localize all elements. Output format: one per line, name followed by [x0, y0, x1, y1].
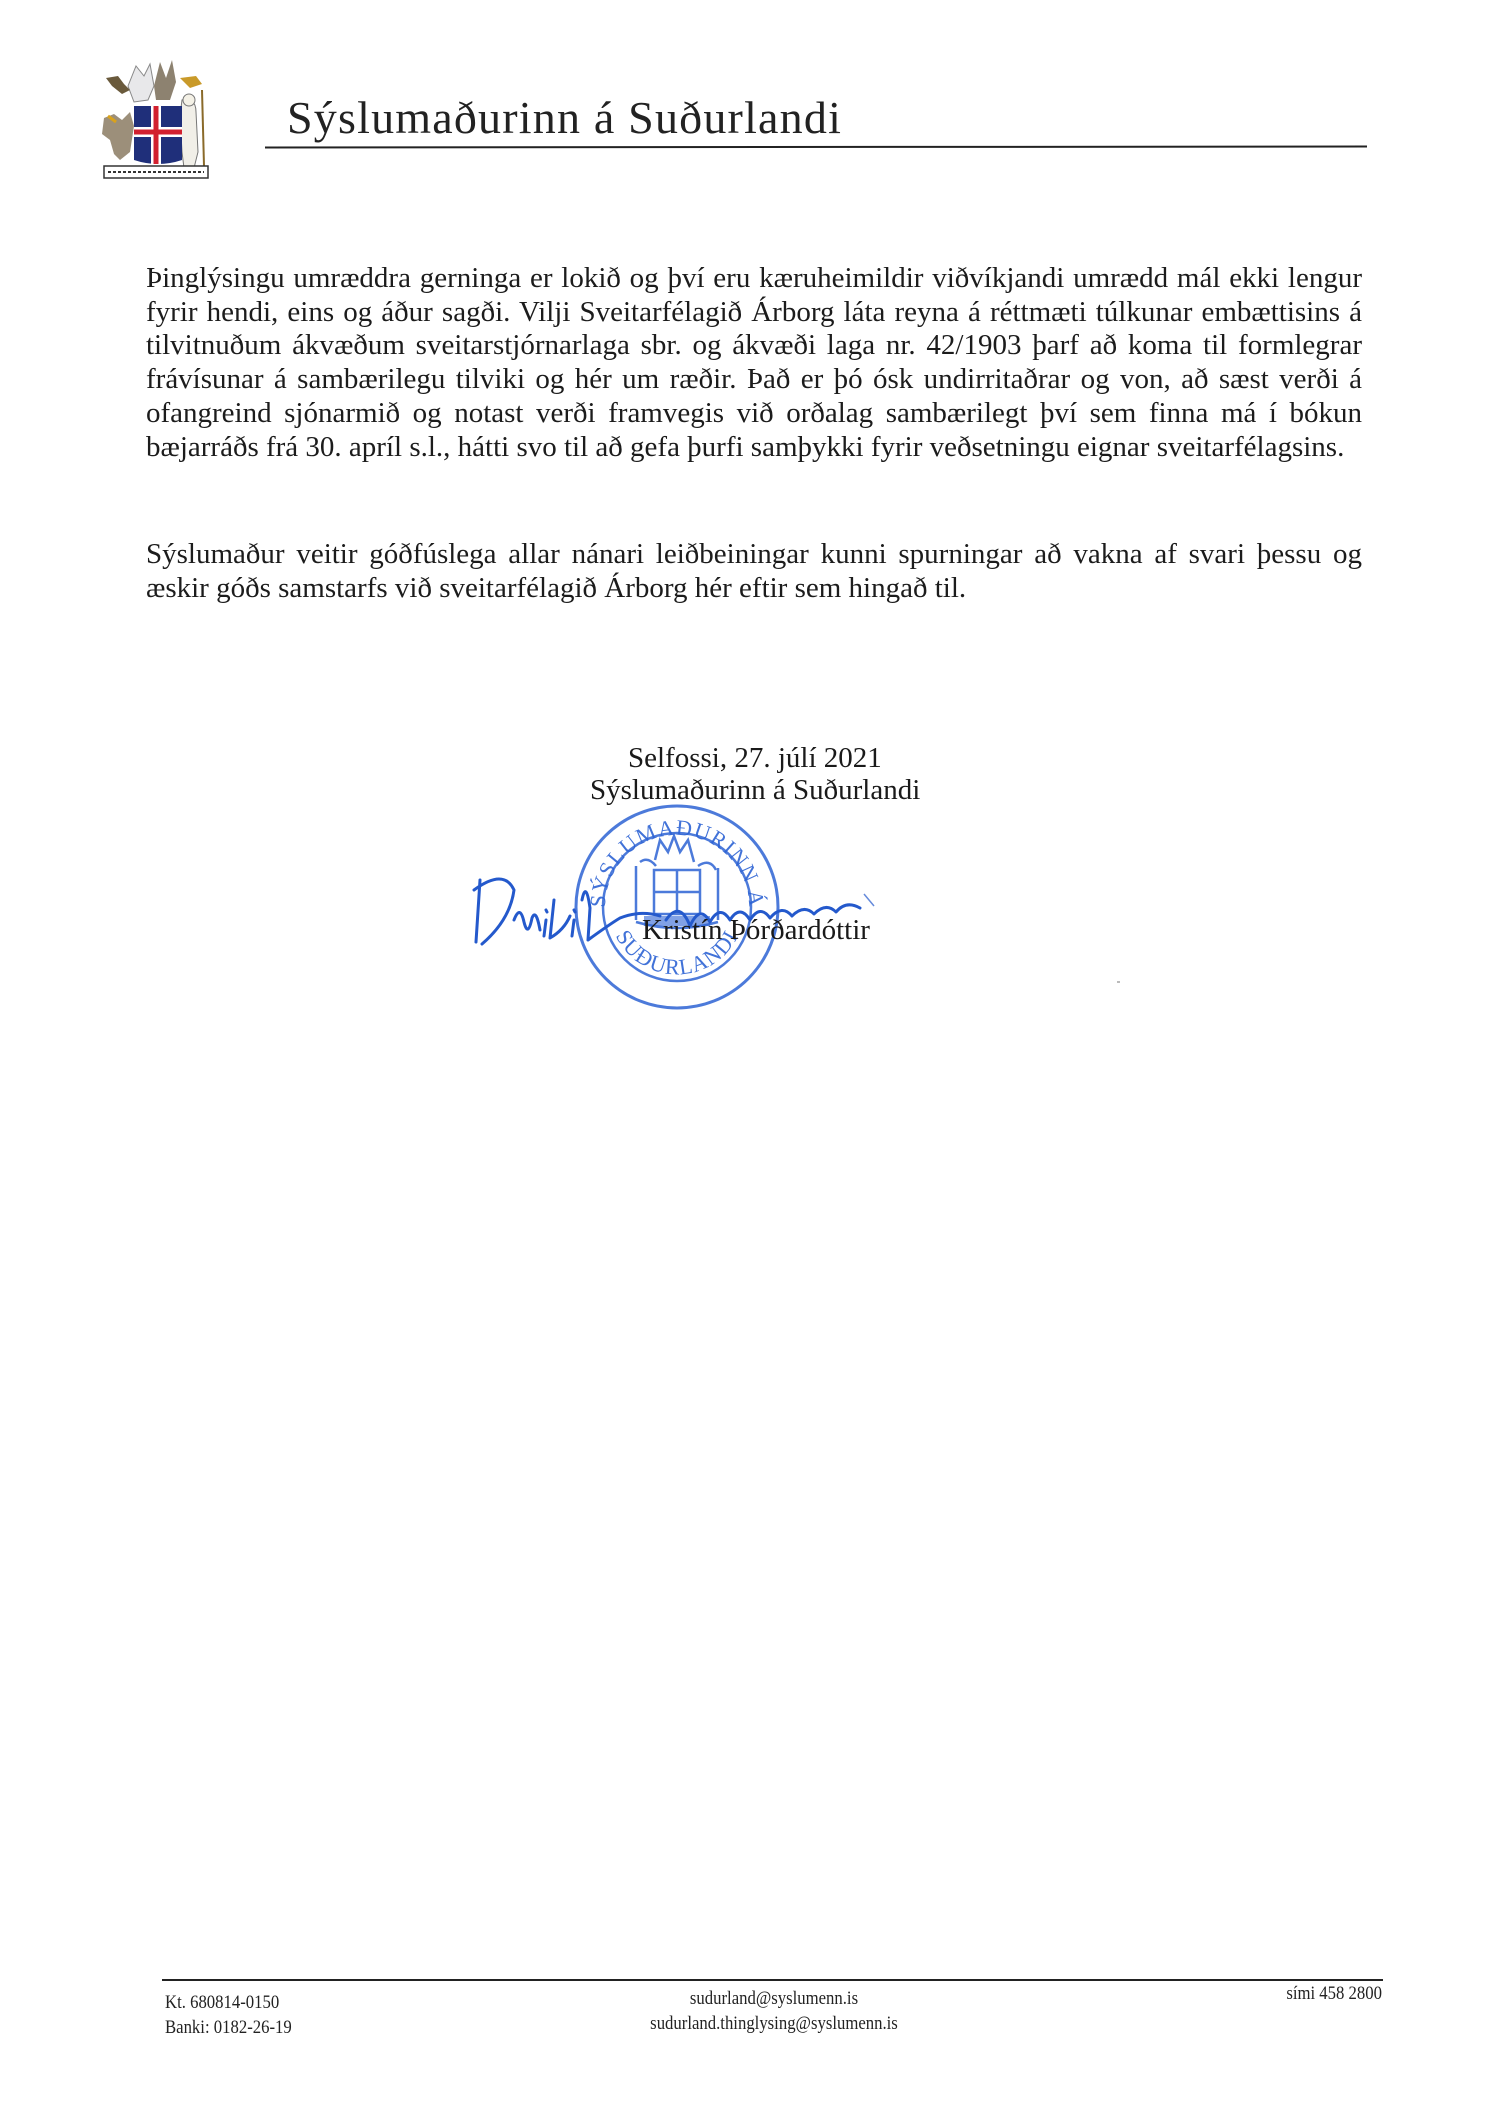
bank-account: Banki: 0182-26-19: [165, 2015, 292, 2040]
place-and-date: Selfossi, 27. júlí 2021: [628, 741, 882, 775]
body-paragraph: Sýslumaður veitir góðfúslega allar nánar…: [146, 538, 1362, 605]
email-registry-link[interactable]: sudurland.thinglysing@syslumenn.is: [598, 2011, 950, 2036]
footer-divider: [162, 1979, 1383, 1981]
signer-name: Kristín Þórðardóttir: [642, 913, 870, 947]
footer-registration-info: Kt. 680814-0150 Banki: 0182-26-19: [165, 1990, 292, 2040]
header-divider: [265, 146, 1367, 149]
scan-artifact: [1117, 981, 1120, 983]
coat-of-arms-logo-icon: [100, 56, 212, 180]
footer-phone: sími 458 2800: [1248, 1981, 1382, 2006]
company-id: Kt. 680814-0150: [165, 1990, 292, 2015]
email-main-link[interactable]: sudurland@syslumenn.is: [598, 1986, 950, 2011]
footer-contact-emails: sudurland@syslumenn.is sudurland.thingly…: [598, 1986, 950, 2036]
office-letterhead-title: Sýslumaðurinn á Suðurlandi: [287, 92, 842, 144]
body-paragraph: Þinglýsingu umræddra gerninga er lokið o…: [146, 262, 1362, 464]
